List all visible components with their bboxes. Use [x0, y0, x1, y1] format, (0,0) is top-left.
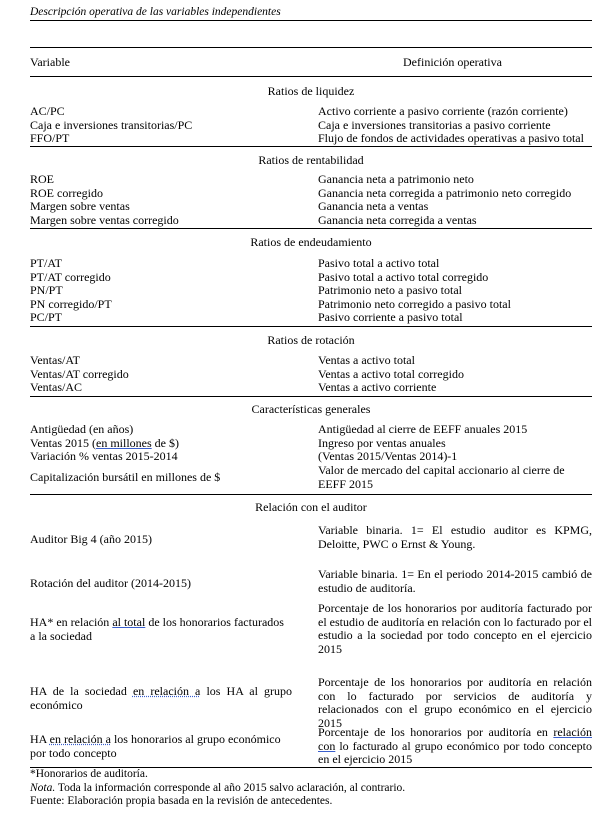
variable-cell: HA en relación a los honorarios al grupo… — [30, 733, 292, 760]
definition-cell: Caja e inversiones transitorias a pasivo… — [318, 119, 592, 133]
section-title-liquidez: Ratios de liquidez — [30, 84, 592, 98]
header-rule — [30, 76, 592, 77]
section-rule — [30, 146, 592, 147]
definition-cell: (Ventas 2015/Ventas 2014)-1 — [318, 450, 592, 464]
footnote-source: Fuente: Elaboración propia basada en la … — [30, 795, 332, 809]
variable-cell: Ventas/AT — [30, 354, 292, 368]
definition-cell: Patrimonio neto corregido a pasivo total — [318, 298, 592, 312]
note-label: Nota. — [30, 782, 55, 794]
definition-cell: Ventas a activo total corregido — [318, 368, 592, 382]
footnote-asterisk: *Honorarios de auditoría. — [30, 768, 148, 782]
section-rule — [30, 494, 592, 495]
section-rule — [30, 396, 592, 397]
variable-cell: Ventas/AT corregido — [30, 368, 292, 382]
definition-cell: Ganancia neta a patrimonio neto — [318, 173, 592, 187]
variable-cell: Antigüedad (en años) — [30, 423, 292, 437]
definition-cell: Pasivo corriente a pasivo total — [318, 311, 592, 325]
variable-cell: Ventas/AC — [30, 381, 292, 395]
definition-cell: Pasivo total a activo total — [318, 257, 592, 271]
spellcheck-mark: en relación a — [50, 732, 111, 746]
variable-cell: Capitalización bursátil en millones de $ — [30, 471, 292, 485]
spellcheck-mark: al total — [112, 615, 145, 629]
variable-cell: PT/AT corregido — [30, 271, 292, 285]
caption-rule — [30, 20, 592, 21]
variable-cell: PN/PT — [30, 284, 292, 298]
definition-cell: Ganancia neta a ventas — [318, 200, 592, 214]
section-rule — [30, 326, 592, 327]
variable-cell: HA* en relación al total de los honorari… — [30, 616, 292, 643]
section-title-rentabilidad: Ratios de rentabilidad — [30, 153, 592, 167]
section-title-rotacion: Ratios de rotación — [30, 333, 592, 347]
definition-cell: Activo corriente a pasivo corriente (raz… — [318, 105, 592, 119]
variable-cell: PT/AT — [30, 257, 292, 271]
definition-cell: Ventas a activo corriente — [318, 381, 592, 395]
variable-cell: PN corregido/PT — [30, 298, 292, 312]
definition-cell: Porcentaje de los honorarios por auditor… — [318, 676, 592, 730]
definition-cell: Antigüedad al cierre de EEFF anuales 201… — [318, 423, 592, 437]
column-header-definition: Definición operativa — [403, 55, 502, 70]
table-caption: Descripción operativa de las variables i… — [30, 5, 281, 19]
definition-cell: Variable binaria. 1= En el periodo 2014-… — [318, 568, 592, 595]
table-top-rule — [30, 47, 592, 48]
definition-cell: Flujo de fondos de actividades operativa… — [318, 132, 592, 146]
definition-cell: Ganancia neta corregida a ventas — [318, 214, 592, 228]
definition-cell: Ingreso por ventas anuales — [318, 437, 592, 451]
spellcheck-mark: en millones — [96, 436, 152, 450]
definition-cell: Ventas a activo total — [318, 354, 592, 368]
variable-cell: ROE — [30, 173, 292, 187]
variable-cell: Auditor Big 4 (año 2015) — [30, 533, 292, 547]
variable-cell: Margen sobre ventas — [30, 200, 292, 214]
variable-cell: Variación % ventas 2015-2014 — [30, 450, 292, 464]
definition-cell: Porcentaje de los honorarios por auditor… — [318, 602, 592, 656]
variable-cell: Caja e inversiones transitorias/PC — [30, 119, 292, 133]
section-title-caracteristicas: Características generales — [30, 402, 592, 416]
variable-cell: FFO/PT — [30, 132, 292, 146]
variable-cell: HA de la sociedad en relación a los HA a… — [30, 685, 292, 712]
spellcheck-mark: relación con — [318, 725, 592, 753]
section-title-endeudamiento: Ratios de endeudamiento — [30, 235, 592, 249]
variable-cell: Margen sobre ventas corregido — [30, 214, 292, 228]
definition-cell: Porcentaje de los honorarios por auditor… — [318, 726, 592, 767]
spellcheck-mark: en relación a — [133, 684, 200, 698]
definition-cell: Variable binaria. 1= El estudio auditor … — [318, 524, 592, 551]
variable-cell: ROE corregido — [30, 187, 292, 201]
definition-cell: Ganancia neta corregida a patrimonio net… — [318, 187, 592, 201]
definition-cell: Pasivo total a activo total corregido — [318, 271, 592, 285]
definition-cell: Patrimonio neto a pasivo total — [318, 284, 592, 298]
variable-cell: AC/PC — [30, 105, 292, 119]
footnote-note: Nota. Toda la información corresponde al… — [30, 782, 405, 796]
column-header-variable: Variable — [30, 55, 70, 70]
section-title-auditor: Relación con el auditor — [30, 500, 592, 514]
variable-cell: Ventas 2015 (en millones de $) — [30, 437, 292, 451]
definition-cell: Valor de mercado del capital accionario … — [318, 464, 592, 491]
section-rule — [30, 228, 592, 229]
note-text: Toda la información corresponde al año 2… — [55, 782, 405, 794]
variable-cell: PC/PT — [30, 311, 292, 325]
variable-cell: Rotación del auditor (2014-2015) — [30, 577, 292, 591]
